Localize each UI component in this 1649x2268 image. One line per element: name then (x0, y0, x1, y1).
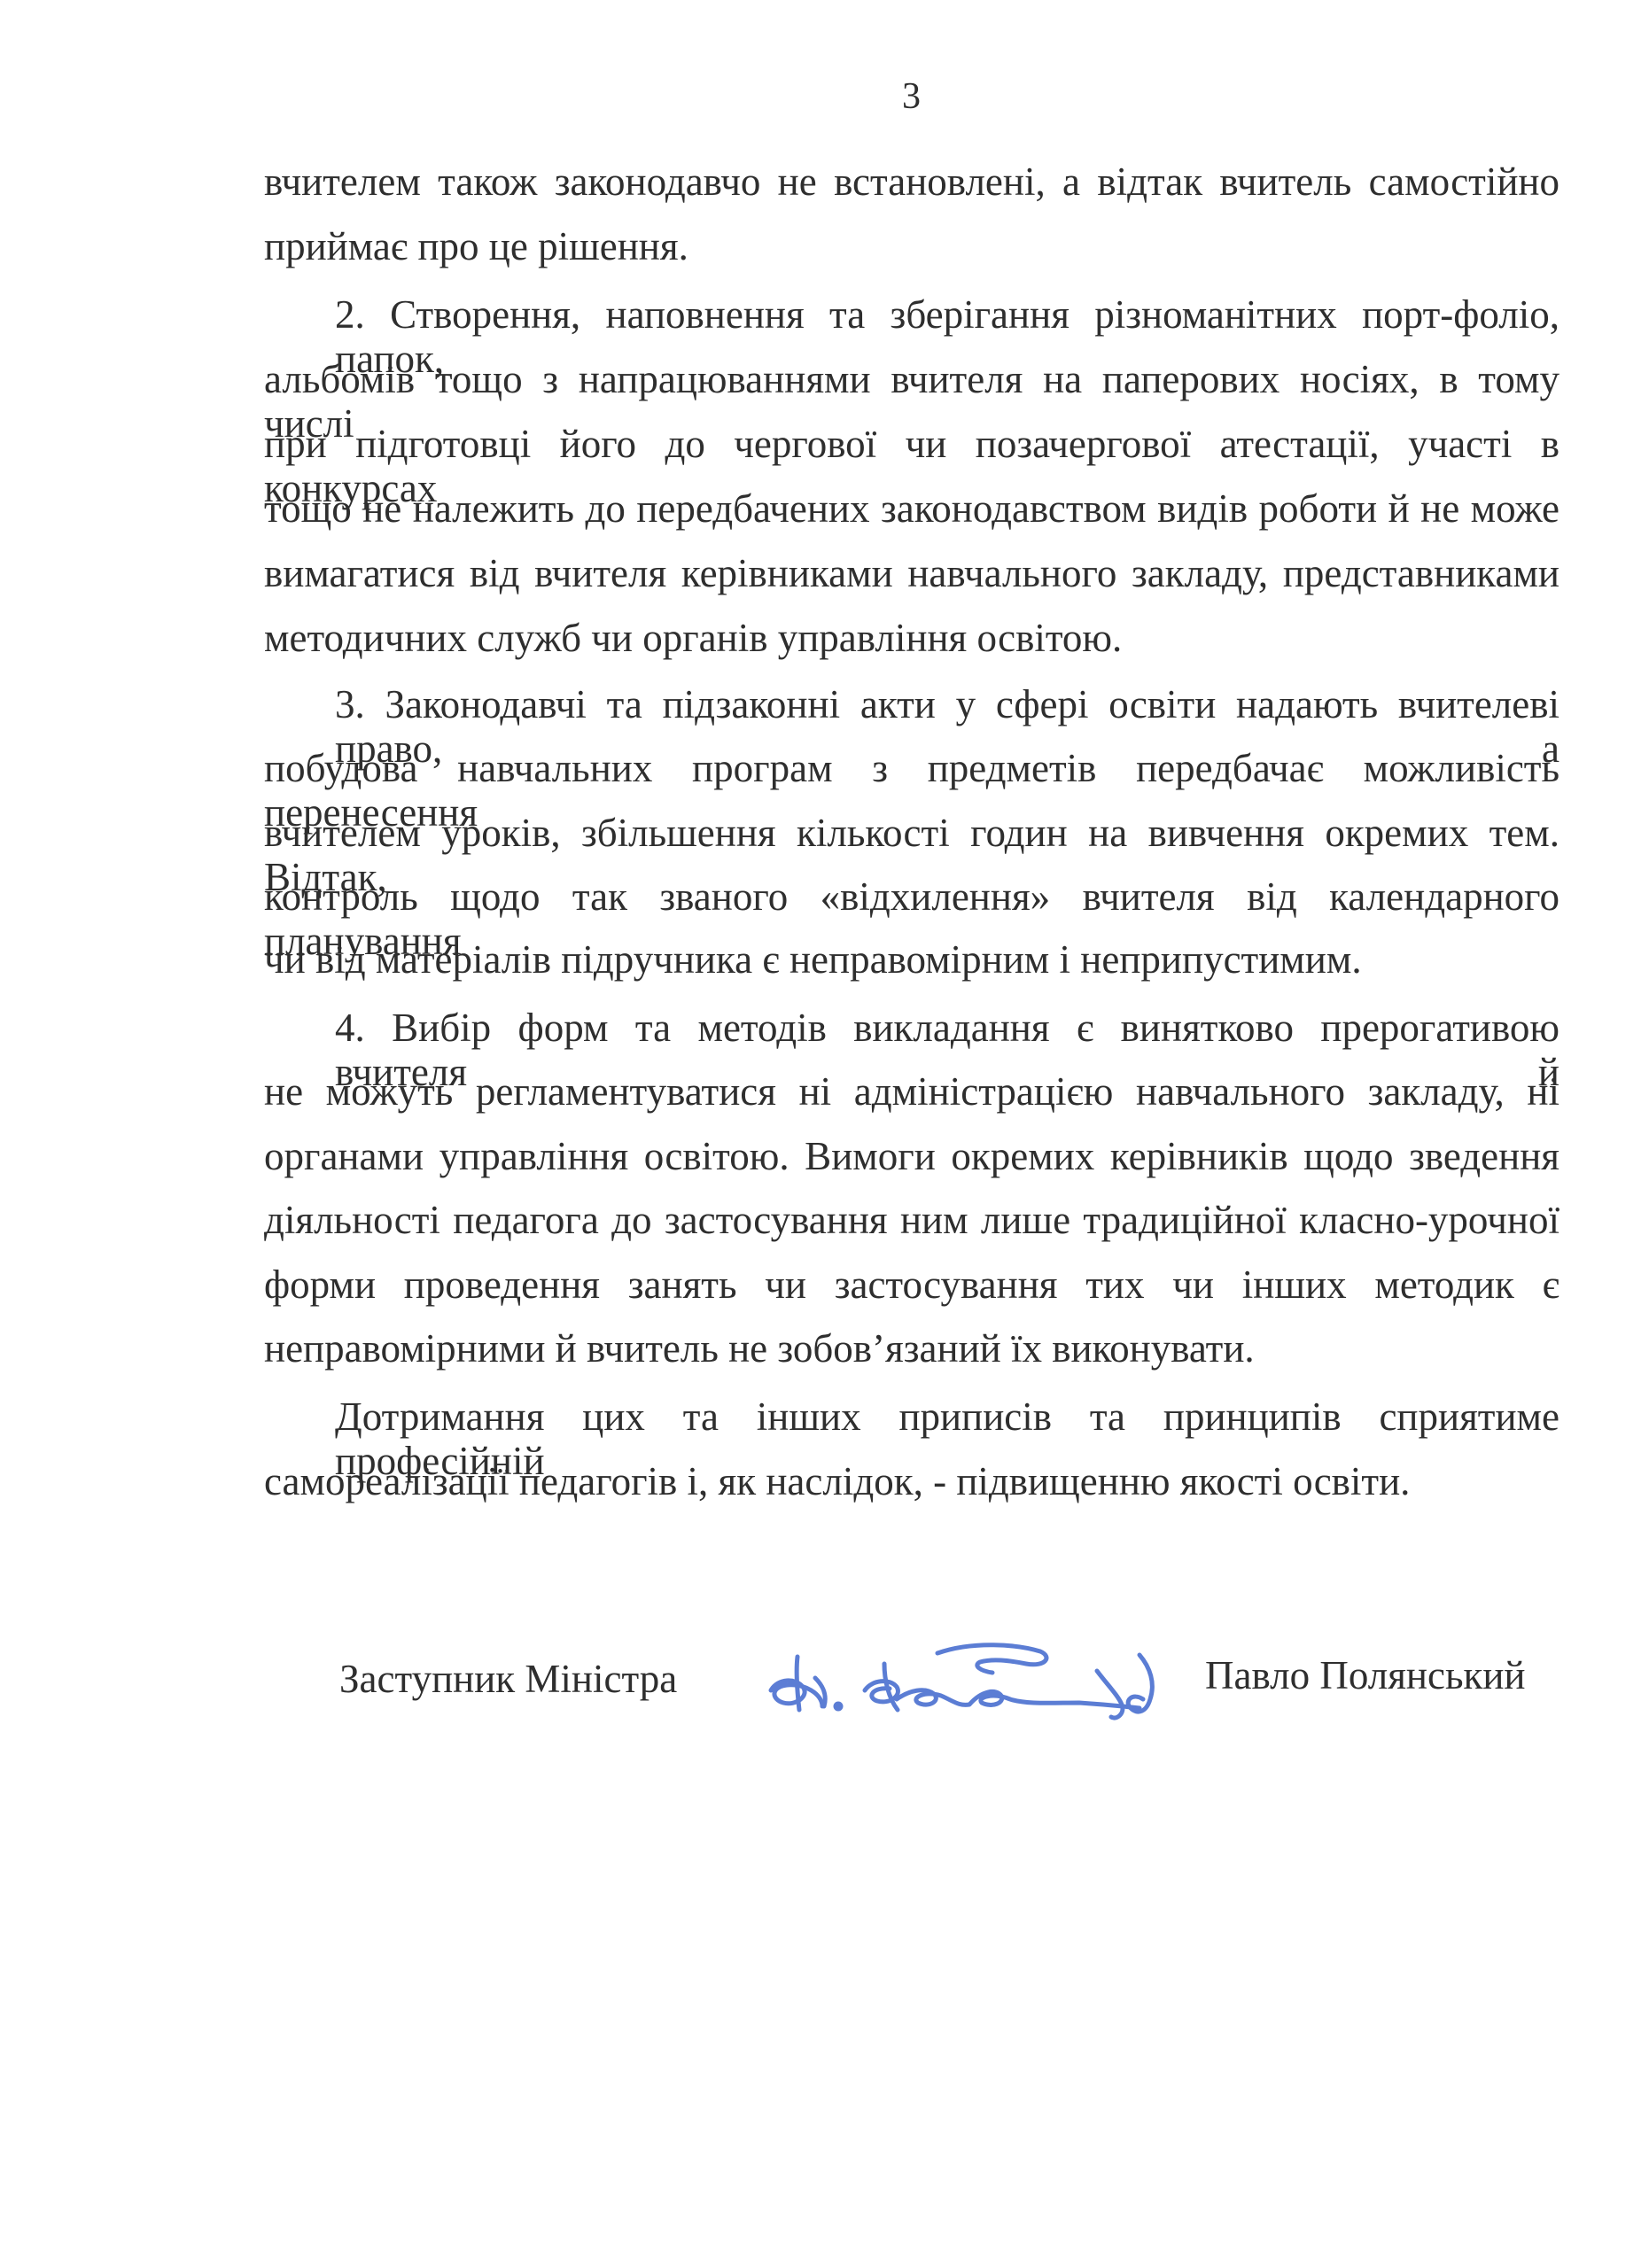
text-line: приймає про це рішення. (264, 224, 1560, 268)
text-line: самореалізації педагогів і, як наслідок,… (264, 1459, 1560, 1503)
text-line: вчителем також законодавчо не встановлен… (264, 159, 1560, 204)
text-line: чи від матеріалів підручника є неправомі… (264, 937, 1560, 982)
text-line: альбомів тощо з напрацюваннями вчителя н… (264, 357, 1560, 401)
text-line: неправомірними й вчитель не зобов’язаний… (264, 1326, 1560, 1371)
document-page: 3 вчителем також законодавчо не встановл… (0, 0, 1649, 2268)
signatory-title: Заступник Міністра (339, 1657, 677, 1701)
text-line: діяльності педагога до застосування ним … (264, 1198, 1560, 1242)
signature-block: Заступник Міністра Павло Полянський (0, 1648, 1649, 1728)
text-line: форми проведення занять чи застосування … (264, 1262, 1560, 1307)
text-line: органами управління освітою. Вимоги окре… (264, 1134, 1560, 1178)
text-line: Дотримання цих та інших приписів та прин… (335, 1394, 1560, 1439)
text-line: вчителем уроків, збільшення кількості го… (264, 811, 1560, 855)
text-line: при підготовці його до чергової чи позач… (264, 422, 1560, 466)
text-line: побудова навчальних програм з предметів … (264, 746, 1560, 790)
text-line: тощо не належить до передбачених законод… (264, 486, 1560, 531)
text-line: 4. Вибір форм та методів викладання є ви… (335, 1006, 1560, 1050)
text-line: 2. Створення, наповнення та зберігання р… (335, 292, 1560, 337)
handwritten-signature-icon (760, 1632, 1177, 1729)
text-line: вимагатися від вчителя керівниками навча… (264, 551, 1560, 595)
text-line: 3. Законодавчі та підзаконні акти у сфер… (335, 682, 1560, 726)
text-line: контроль щодо так званого «відхилення» в… (264, 874, 1560, 919)
page-number: 3 (0, 78, 1649, 115)
signatory-name: Павло Полянський (1205, 1653, 1526, 1697)
text-line: методичних служб чи органів управління о… (264, 616, 1560, 660)
text-line: не можуть регламентуватися ні адміністра… (264, 1069, 1560, 1114)
